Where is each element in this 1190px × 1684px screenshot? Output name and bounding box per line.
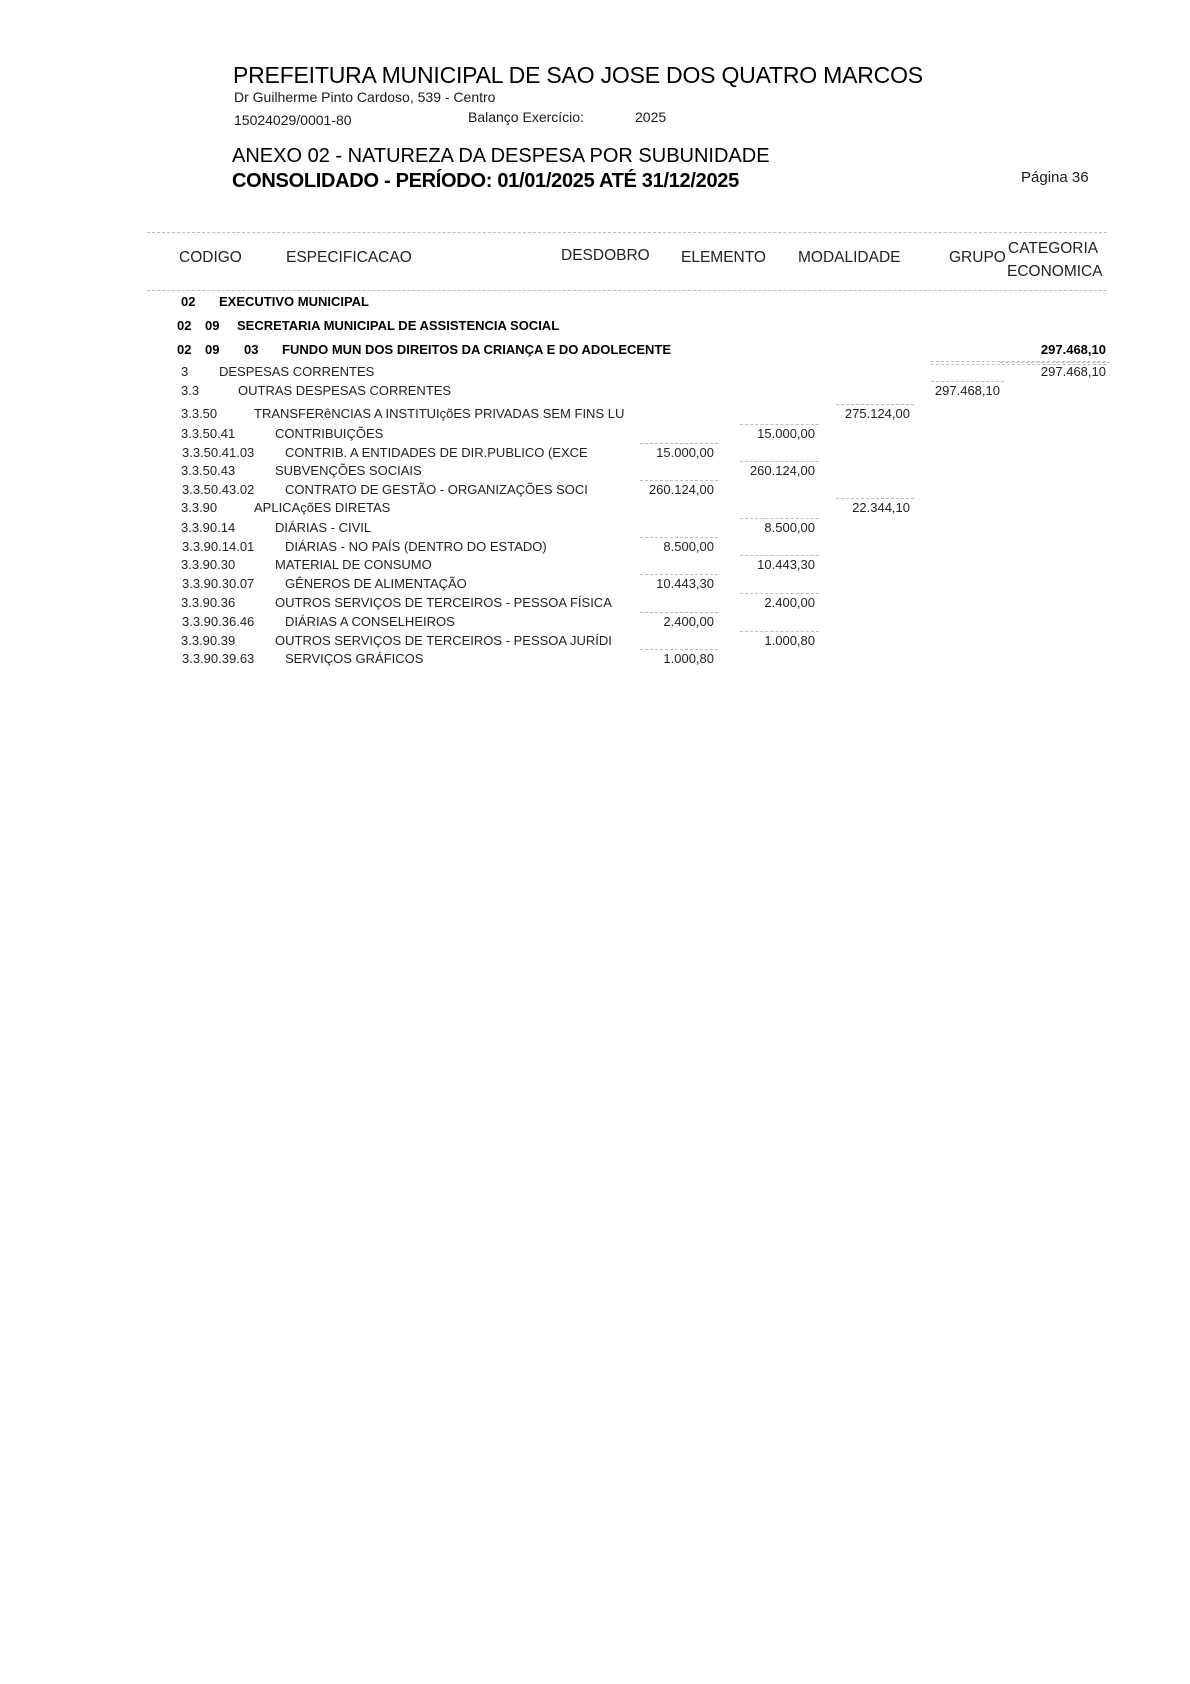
- subunidade-name: FUNDO MUN DOS DIREITOS DA CRIANÇA E DO A…: [282, 342, 671, 357]
- row-value-desdobro: 1.000,80: [640, 651, 714, 666]
- value-divider: [640, 574, 718, 575]
- address: Dr Guilherme Pinto Cardoso, 539 - Centro: [234, 89, 495, 105]
- subunidade-total: 297.468,10: [1000, 342, 1106, 357]
- row-description: CONTRIBUIÇÕES: [275, 426, 383, 441]
- subunidade-code2: 09: [205, 342, 219, 357]
- row-code: 3.3.50.41.03: [182, 445, 254, 460]
- unidade-code1: 02: [177, 318, 191, 333]
- row-code: 3.3.90.30: [181, 557, 235, 572]
- row-value-desdobro: 2.400,00: [640, 614, 714, 629]
- row-value-elemento: 8.500,00: [740, 520, 815, 535]
- value-divider: [640, 443, 718, 444]
- balance-label: Balanço Exercício:: [468, 109, 584, 125]
- row-description: TRANSFERêNCIAS A INSTITUIçõES PRIVADAS S…: [254, 406, 624, 421]
- row-value-grupo: 297.468,10: [931, 383, 1000, 398]
- row-description: SERVIÇOS GRÁFICOS: [285, 651, 423, 666]
- col-modalidade: MODALIDADE: [798, 249, 901, 267]
- col-elemento: ELEMENTO: [681, 249, 766, 267]
- value-divider: [931, 381, 1004, 382]
- row-description: APLICAçõES DIRETAS: [254, 500, 390, 515]
- row-code: 3.3.50.43.02: [182, 482, 254, 497]
- value-divider: [740, 518, 819, 519]
- row-value-elemento: 260.124,00: [740, 463, 815, 478]
- row-value-elemento: 10.443,30: [740, 557, 815, 572]
- value-divider: [740, 555, 819, 556]
- row-value-desdobro: 260.124,00: [640, 482, 714, 497]
- unidade-name: SECRETARIA MUNICIPAL DE ASSISTENCIA SOCI…: [237, 318, 559, 333]
- row-code: 3.3.90.36.46: [182, 614, 254, 629]
- value-divider: [836, 498, 914, 499]
- row-value-desdobro: 10.443,30: [640, 576, 714, 591]
- row-code: 3.3.90.30.07: [182, 576, 254, 591]
- value-divider: [640, 537, 718, 538]
- row-value-modalidade: 275.124,00: [836, 406, 910, 421]
- value-divider: [640, 480, 718, 481]
- row-code: 3.3.90.39.63: [182, 651, 254, 666]
- unidade-code2: 09: [205, 318, 219, 333]
- subunidade-code3: 03: [244, 342, 258, 357]
- row-code: 3.3.90.14.01: [182, 539, 254, 554]
- orgao-name: EXECUTIVO MUNICIPAL: [219, 294, 369, 309]
- row-description: CONTRIB. A ENTIDADES DE DIR.PUBLICO (EXC…: [285, 445, 588, 460]
- balance-year: 2025: [635, 109, 666, 125]
- row-description: DESPESAS CORRENTES: [219, 364, 374, 379]
- document-title: PREFEITURA MUNICIPAL DE SAO JOSE DOS QUA…: [233, 62, 923, 89]
- row-description: SUBVENÇÕES SOCIAIS: [275, 463, 422, 478]
- row-code: 3.3.90.14: [181, 520, 235, 535]
- row-description: OUTRAS DESPESAS CORRENTES: [238, 383, 451, 398]
- row-description: DIÁRIAS A CONSELHEIROS: [285, 614, 455, 629]
- value-divider: [640, 612, 718, 613]
- col-codigo: CODIGO: [179, 249, 242, 267]
- orgao-code: 02: [181, 294, 195, 309]
- row-description: MATERIAL DE CONSUMO: [275, 557, 432, 572]
- value-divider: [740, 424, 819, 425]
- row-value-modalidade: 22.344,10: [836, 500, 910, 515]
- row-value-desdobro: 8.500,00: [640, 539, 714, 554]
- row-value-elemento: 2.400,00: [740, 595, 815, 610]
- subunidade-code1: 02: [177, 342, 191, 357]
- col-categoria-line2: ECONOMICA: [1007, 263, 1103, 281]
- value-divider: [836, 404, 914, 405]
- row-code: 3.3.90.36: [181, 595, 235, 610]
- col-grupo: GRUPO: [949, 249, 1006, 267]
- col-categoria-line1: CATEGORIA: [1008, 240, 1098, 258]
- row-code: 3.3: [181, 383, 199, 398]
- page-number: Página 36: [1021, 169, 1089, 186]
- row-code: 3.3.50: [181, 406, 217, 421]
- row-description: CONTRATO DE GESTÃO - ORGANIZAÇÕES SOCI: [285, 482, 588, 497]
- row-code: 3.3.90: [181, 500, 217, 515]
- header-top-divider: [147, 232, 1107, 233]
- row-code: 3.3.50.41: [181, 426, 235, 441]
- cnpj: 15024029/0001-80: [234, 112, 352, 128]
- value-divider: [740, 631, 819, 632]
- header-bottom-divider: [147, 290, 1107, 291]
- row-code: 3.3.90.39: [181, 633, 235, 648]
- report-period: CONSOLIDADO - PERÍODO: 01/01/2025 ATÉ 31…: [232, 170, 739, 193]
- value-divider: [740, 593, 819, 594]
- row-value-elemento: 15.000,00: [740, 426, 815, 441]
- value-divider: [640, 649, 718, 650]
- row-value-desdobro: 15.000,00: [640, 445, 714, 460]
- annex-title: ANEXO 02 - NATUREZA DA DESPESA POR SUBUN…: [232, 145, 770, 168]
- row-description: OUTROS SERVIÇOS DE TERCEIROS - PESSOA JU…: [275, 633, 612, 648]
- row-description: DIÁRIAS - NO PAÍS (DENTRO DO ESTADO): [285, 539, 547, 554]
- row-description: DIÁRIAS - CIVIL: [275, 520, 371, 535]
- value-divider: [740, 461, 819, 462]
- row-value-elemento: 1.000,80: [740, 633, 815, 648]
- row-description: OUTROS SERVIÇOS DE TERCEIROS - PESSOA FÍ…: [275, 595, 612, 610]
- row-code: 3.3.50.43: [181, 463, 235, 478]
- col-especificacao: ESPECIFICACAO: [286, 249, 412, 267]
- value-divider: [1000, 362, 1110, 363]
- row-code: 3: [181, 364, 188, 379]
- row-description: GÊNEROS DE ALIMENTAÇÃO: [285, 576, 467, 591]
- col-desdobro: DESDOBRO: [561, 247, 650, 265]
- row-value-categoria: 297.468,10: [1000, 364, 1106, 379]
